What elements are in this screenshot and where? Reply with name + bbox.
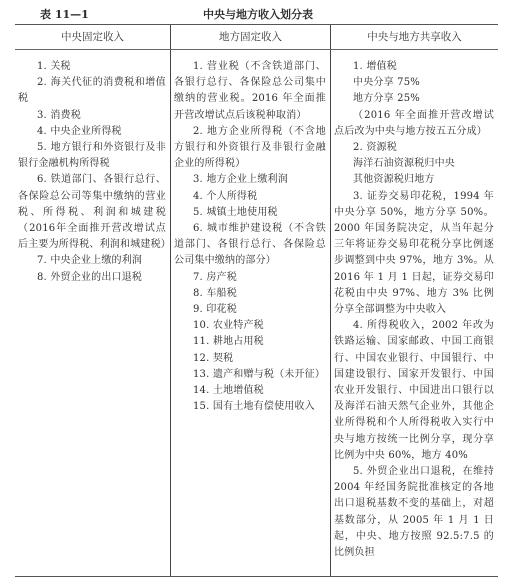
- list-item: 4. 中央企业所得税: [18, 124, 166, 140]
- list-item: 6. 城市维护建设税（不含铁道部门、各银行总行、各保险总公司集中缴纳的部分）: [174, 221, 326, 270]
- header-divider: [15, 49, 498, 50]
- column-shared: 1. 增值税 中央分享 75% 地方分享 25% （2016 年全面推开营改增试…: [334, 59, 494, 561]
- list-item: 8. 外贸企业的出口退税: [18, 270, 166, 286]
- list-item: 其他资源税归地方: [334, 172, 494, 188]
- list-item: （2016 年全面推开营改增试点后改为中央与地方按五五分成）: [334, 108, 494, 140]
- column-divider: [330, 25, 331, 576]
- list-item: 13. 遗产和赠与税（未开征）: [174, 367, 326, 383]
- list-item: 7. 房产税: [174, 270, 326, 286]
- list-item: 5. 城镇土地使用税: [174, 205, 326, 221]
- list-item: 10. 农业特产税: [174, 318, 326, 334]
- list-item: 5. 地方银行和外资银行及非银行金融机构所得税: [18, 140, 166, 172]
- list-item: 12. 契税: [174, 351, 326, 367]
- list-item: 1. 营业税（不含铁道部门、各银行总行、各保险总公司集中缴纳的营业税。2016 …: [174, 59, 326, 124]
- list-item: 4. 所得税收入，2002 年改为铁路运输、国家邮政、中国工商银行、中国农业银行…: [334, 318, 494, 464]
- column-central-fixed: 1. 关税 2. 海关代征的消费税和增值税 3. 消费税 4. 中央企业所得税 …: [18, 59, 166, 286]
- header-shared: 中央与地方共享收入: [331, 25, 498, 49]
- header-central-fixed: 中央固定收入: [15, 25, 170, 49]
- table-title: 中央与地方收入划分表: [0, 6, 516, 22]
- list-item: 15. 国有土地有偿使用收入: [174, 399, 326, 415]
- list-item: 2. 资源税: [334, 140, 494, 156]
- header-local-fixed: 地方固定收入: [171, 25, 330, 49]
- list-item: 8. 车船税: [174, 286, 326, 302]
- list-item: 6. 铁道部门、各银行总行、各保险总公司等集中缴纳的营业税、所得税、利润和城建税…: [18, 172, 166, 253]
- list-item: 9. 印花税: [174, 302, 326, 318]
- table-caption: 表 11—1 中央与地方收入划分表: [0, 6, 516, 22]
- list-item: 11. 耕地占用税: [174, 334, 326, 350]
- list-item: 2. 地方企业所得税（不含地方银行和外资银行及非银行金融企业的所得税）: [174, 124, 326, 173]
- list-item: 中央分享 75%: [334, 75, 494, 91]
- list-item: 3. 证券交易印花税，1994 年中央分享 50%，地方分享 50%。2000 …: [334, 189, 494, 319]
- list-item: 2. 海关代征的消费税和增值税: [18, 75, 166, 107]
- list-item: 14. 土地增值税: [174, 383, 326, 399]
- revenue-division-table: 中央固定收入 地方固定收入 中央与地方共享收入 1. 关税 2. 海关代征的消费…: [15, 24, 498, 577]
- column-local-fixed: 1. 营业税（不含铁道部门、各银行总行、各保险总公司集中缴纳的营业税。2016 …: [174, 59, 326, 415]
- list-item: 1. 关税: [18, 59, 166, 75]
- list-item: 4. 个人所得税: [174, 189, 326, 205]
- list-item: 7. 中央企业上缴的利润: [18, 253, 166, 269]
- column-divider: [170, 25, 171, 576]
- list-item: 5. 外贸企业出口退税，在维持 2004 年经国务院批准核定的各地出口退税基数不…: [334, 464, 494, 561]
- list-item: 3. 地方企业上缴利润: [174, 172, 326, 188]
- list-item: 1. 增值税: [334, 59, 494, 75]
- list-item: 3. 消费税: [18, 108, 166, 124]
- list-item: 地方分享 25%: [334, 91, 494, 107]
- list-item: 海洋石油资源税归中央: [334, 156, 494, 172]
